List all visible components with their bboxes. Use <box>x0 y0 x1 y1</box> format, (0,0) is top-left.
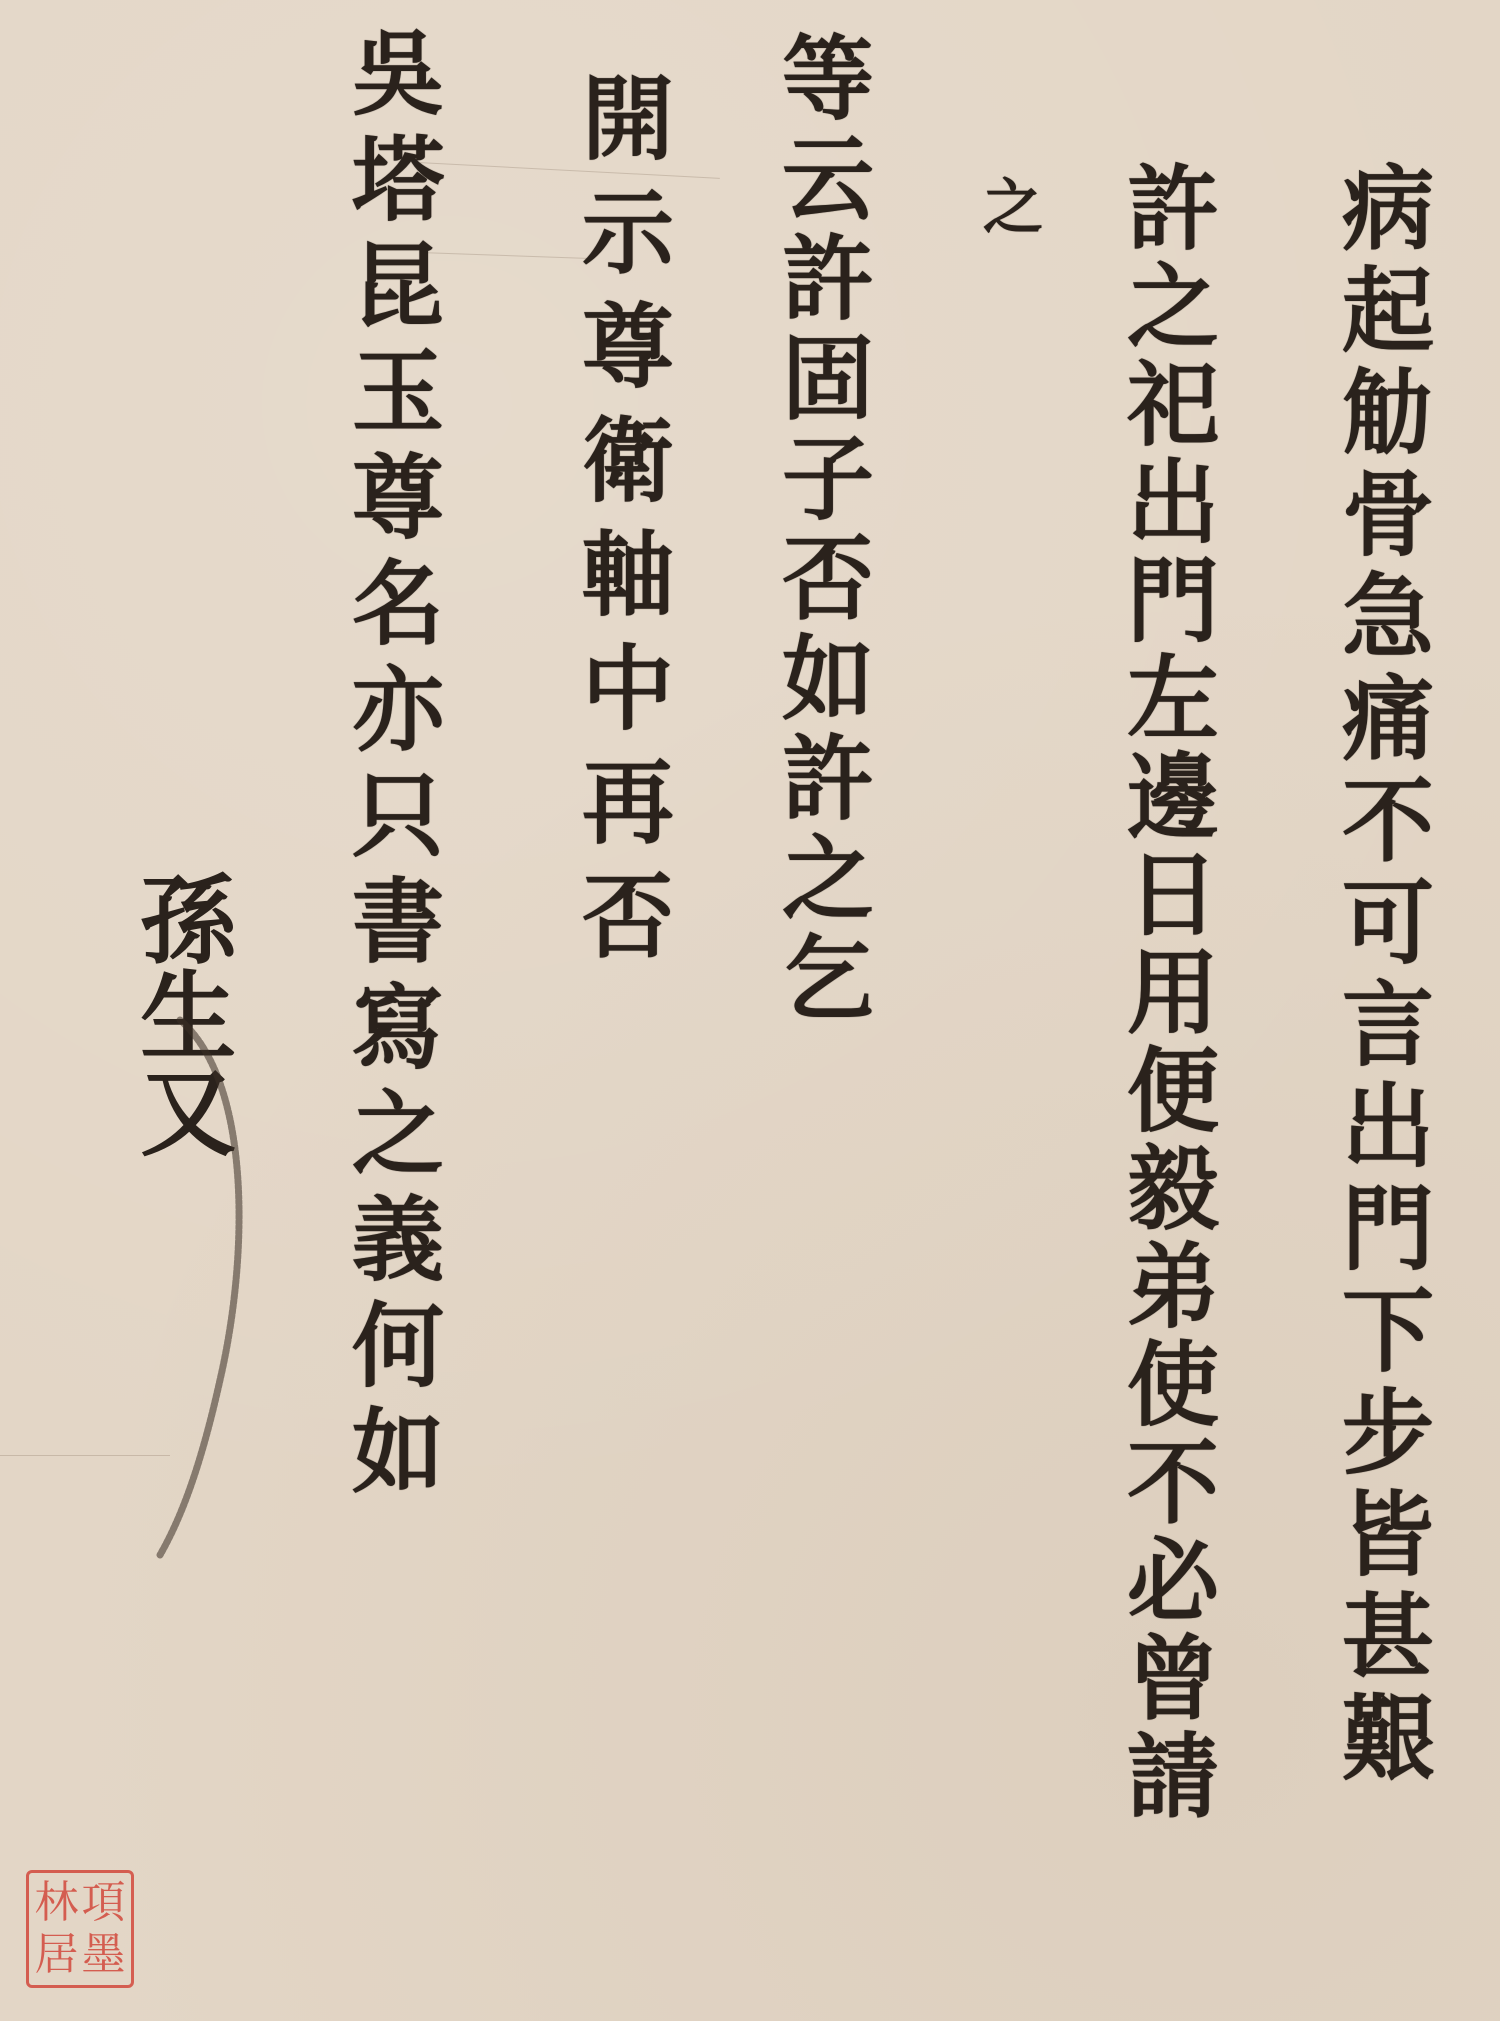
text-column-1: 病起觔骨急痛不可言出門下步皆甚艱 <box>1335 160 1427 1940</box>
text-column-4: 等云許固子否如許之乞 <box>775 30 867 1140</box>
seal-char: 項 <box>80 1877 127 1929</box>
signature-flourish <box>140 1000 260 1560</box>
text-column-2: 許之祀出門左邊日用便毅弟使不必曾請 <box>1120 160 1212 1980</box>
text-column-6: 吳塔昆玉尊名亦只書寫之義何如 <box>345 25 437 1625</box>
seal-char: 墨 <box>80 1929 127 1981</box>
seal-char: 林 <box>33 1877 80 1929</box>
seal-char: 居 <box>33 1929 80 1981</box>
red-seal: 項 墨 林 居 <box>26 1870 134 1988</box>
text-column-5: 開示尊衛軸中再否 <box>575 70 667 1010</box>
text-column-3: 之 <box>978 175 1038 295</box>
